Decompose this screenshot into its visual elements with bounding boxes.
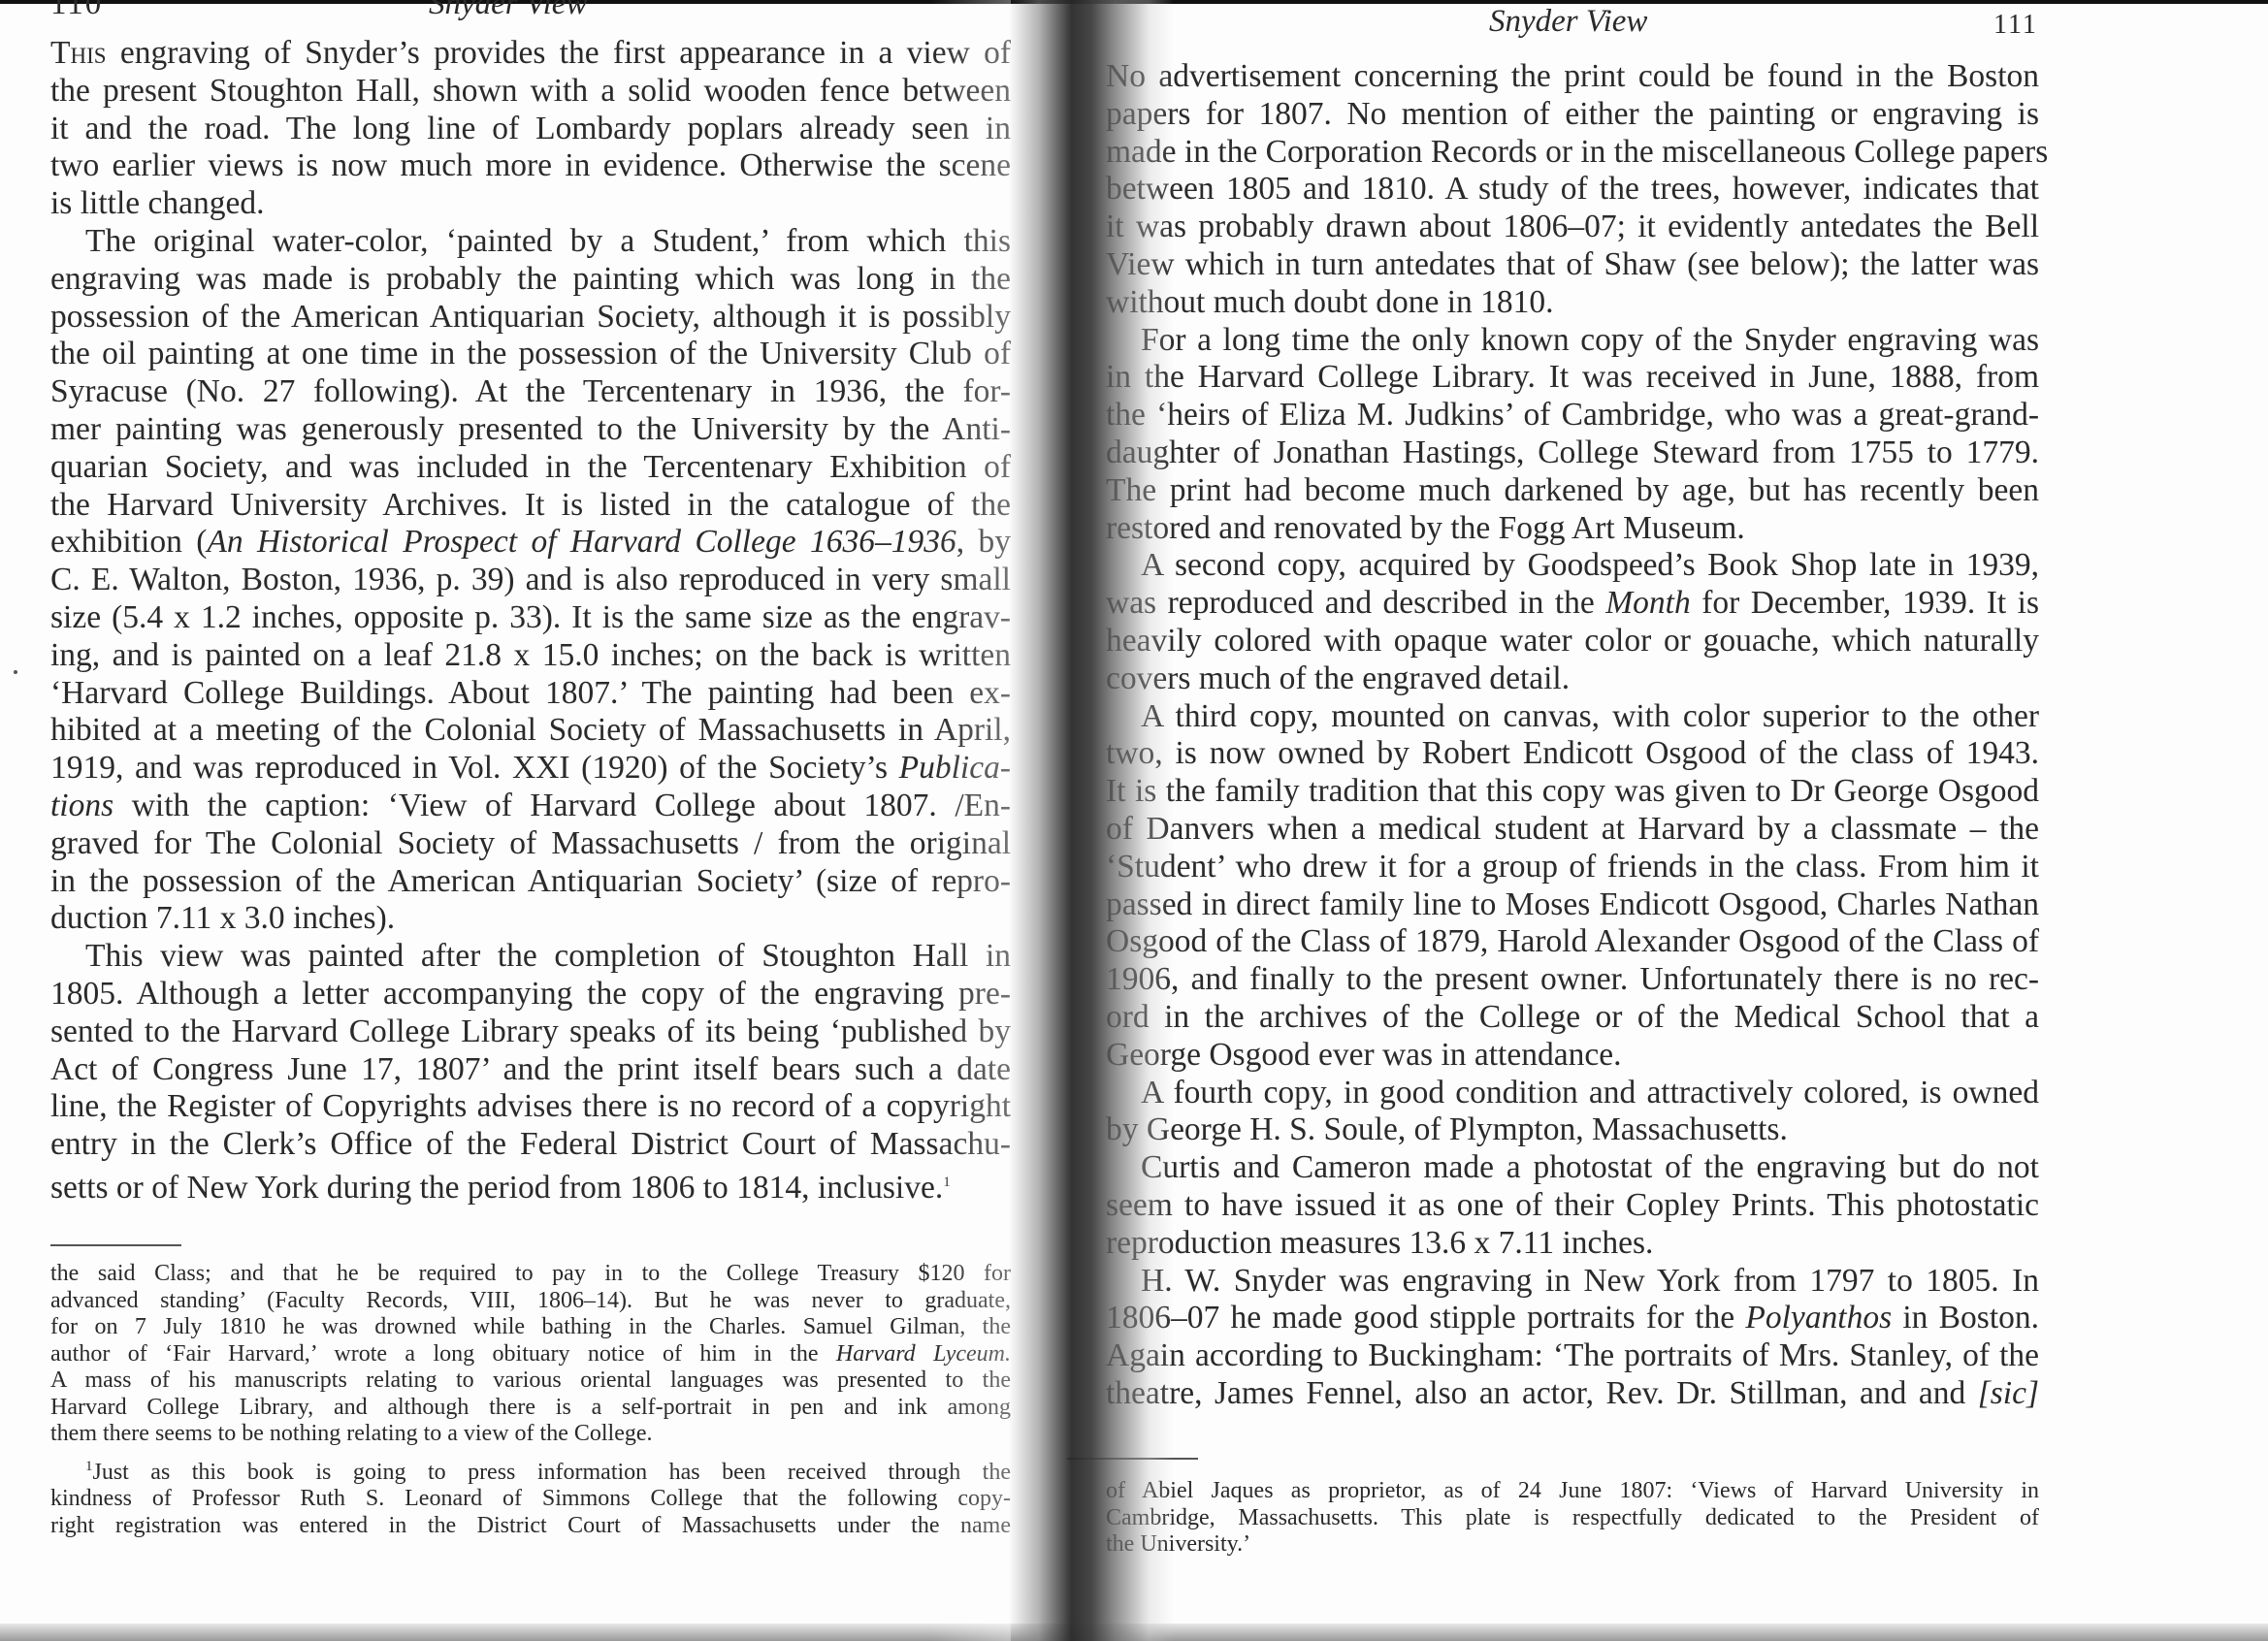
footnote-ref: 1 [943,1174,951,1190]
text-line: of Danvers when a medical student at Har… [1106,811,2039,849]
line-text: the said Class; and that he be required … [50,1261,1011,1286]
line-text: It is the family tradition that this cop… [1106,773,2039,809]
footnote-line: them there seems to be nothing relating … [50,1421,1011,1448]
line-text: the ‘heirs of Eliza M. Judkins’ of Cambr… [1106,397,2039,433]
footnote-line: kindness of Professor Ruth S. Leonard of… [50,1486,1011,1513]
text-line: Curtis and Cameron made a photostat of t… [1106,1149,2039,1187]
text-line: The original water-color, ‘painted by a … [50,223,1011,261]
footnote-line: Cambridge, Massachusetts. This plate is … [1106,1505,2039,1532]
text-line: without much doubt done in 1810. [1106,284,2039,322]
line-text: seem to have issued it as one of their C… [1106,1187,2039,1223]
line-text: by George H. S. Soule, of Plympton, Mass… [1106,1111,1788,1147]
text-line: Syracuse (No. 27 following). At the Terc… [50,373,1011,411]
text-line: hibited at a meeting of the Colonial Soc… [50,712,1011,750]
line-text: reproduction measures 13.6 x 7.11 inches… [1106,1225,1653,1261]
text-line: it and the road. The long line of Lombar… [50,111,1011,148]
publications-italic: tions [50,788,113,823]
text-line: 1919, and was reproduced in Vol. XXI (19… [50,750,1011,788]
line-text: George Osgood ever was in attendance. [1106,1037,1621,1073]
text-line: sented to the Harvard College Library sp… [50,1014,1011,1051]
left-footnotes: the said Class; and that he be required … [50,1261,1011,1539]
line-text: 1806–07 he made good stipple portraits f… [1106,1300,1745,1335]
text-line: the Harvard University Archives. It is l… [50,487,1011,525]
line-text: , by [956,524,1011,560]
line-text: advanced standing’ (Faculty Records, VII… [50,1288,1011,1313]
text-line: ‘Student’ who drew it for a group of fri… [1106,849,2039,886]
footnote-line: A mass of his manuscripts relating to va… [50,1367,1011,1395]
footnote-line: advanced standing’ (Faculty Records, VII… [50,1288,1011,1315]
footnote-rule-left [50,1244,181,1246]
footnote-rule-right [1067,1458,1198,1460]
text-line: two, is now owned by Robert Endicott Osg… [1106,735,2039,773]
scan-speck [14,670,17,674]
line-text: engraving of Snyder’s provides the first… [107,35,1011,71]
line-text: passed in direct family line to Moses En… [1106,886,2039,922]
catalogue-title: An Historical Prospect of Harvard Colleg… [207,524,956,560]
right-page: Snyder View 111 No advertisement concern… [1106,0,2039,1641]
line-text: kindness of Professor Ruth S. Leonard of… [50,1486,1011,1511]
text-line: entry in the Clerk’s Office of the Feder… [50,1126,1011,1164]
line-text: A mass of his manuscripts relating to va… [50,1367,1011,1393]
text-line: A fourth copy, in good condition and att… [1106,1075,2039,1112]
text-line: Act of Congress June 17, 1807’ and the p… [50,1051,1011,1089]
line-text: it was probably drawn about 1806–07; it … [1106,209,2039,244]
line-text: heavily colored with opaque water color … [1106,623,2039,659]
italic-title: Month [1605,585,1690,621]
text-line: daughter of Jonathan Hastings, College S… [1106,434,2039,472]
line-text: right registration was entered in the Di… [50,1513,1011,1538]
line-text: with the caption: ‘View of Harvard Colle… [113,788,1011,823]
text-line: mer painting was generously presented to… [50,411,1011,449]
line-text: in Boston. [1892,1300,2039,1335]
line-text: Harvard College Library, and although th… [50,1395,1011,1420]
line-text: in the Harvard College Library. It was r… [1106,359,2039,395]
footnote-line: the University.’ [1106,1531,2039,1559]
text-line: between 1805 and 1810. A study of the tr… [1106,171,2039,209]
text-line: is little changed. [50,185,1011,223]
text-line: No advertisement concerning the print co… [1106,58,2039,96]
text-line: theatre, James Fennel, also an actor, Re… [1106,1375,2039,1413]
text-line: A third copy, mounted on canvas, with co… [1106,698,2039,736]
footnote-line: author of ‘Fair Harvard,’ wrote a long o… [50,1341,1011,1368]
line-text: for December, 1939. It is [1691,585,2039,621]
text-line: For a long time the only known copy of t… [1106,322,2039,360]
text-line: the oil painting at one time in the poss… [50,336,1011,373]
left-body-text: This engraving of Snyder’s provides the … [50,35,1011,1207]
footnote-line: 1Just as this book is going to press inf… [50,1454,1011,1487]
line-text: without much doubt done in 1810. [1106,284,1554,320]
text-line: in the possession of the American Antiqu… [50,863,1011,901]
line-text: 1906, and finally to the present owner. … [1106,961,2039,997]
text-line: the present Stoughton Hall, shown with a… [50,73,1011,111]
text-line: This engraving of Snyder’s provides the … [50,35,1011,73]
line-text: Again according to Buckingham: ‘The port… [1106,1337,2039,1373]
text-line: View which in turn antedates that of Sha… [1106,246,2039,284]
text-line: reproduction measures 13.6 x 7.11 inches… [1106,1225,2039,1263]
line-text: Just as this book is going to press info… [93,1460,1012,1485]
scan-bottom-edge [0,1624,2268,1641]
footnote-marker: 1 [85,1459,93,1474]
italic-title: [sic] [1978,1375,2039,1411]
text-line: C. E. Walton, Boston, 1936, p. 39) and i… [50,562,1011,599]
text-line: papers for 1807. No mention of either th… [1106,96,2039,134]
line-text: H. W. Snyder was engraving in New York f… [1141,1263,2039,1299]
line-text: setts or of New York during the period f… [50,1170,943,1206]
text-line: passed in direct family line to Moses En… [1106,886,2039,924]
text-line: The print had become much darkened by ag… [1106,472,2039,510]
right-footnotes: of Abiel Jaques as proprietor, as of 24 … [1106,1478,2039,1559]
text-line: A second copy, acquired by Goodspeed’s B… [1106,547,2039,585]
line-text: No advertisement concerning the print co… [1106,58,2039,94]
line-text: daughter of Jonathan Hastings, College S… [1106,434,2039,470]
line-text: ord in the archives of the College or of… [1106,999,2039,1035]
line-text: theatre, James Fennel, also an actor, Re… [1106,1375,1978,1411]
text-line: graved for The Colonial Society of Massa… [50,825,1011,863]
text-line: exhibition (An Historical Prospect of Ha… [50,524,1011,562]
text-line: This view was painted after the completi… [50,938,1011,976]
line-text: A third copy, mounted on canvas, with co… [1141,698,2039,734]
line-text: A fourth copy, in good condition and att… [1141,1075,2039,1110]
text-line: H. W. Snyder was engraving in New York f… [1106,1263,2039,1301]
line-text: two, is now owned by Robert Endicott Osg… [1106,735,2039,771]
text-line: two earlier views is now much more in ev… [50,147,1011,185]
text-line: It is the family tradition that this cop… [1106,773,2039,811]
line-text: ‘Student’ who drew it for a group of fri… [1106,849,2039,885]
text-line: was reproduced and described in the Mont… [1106,585,2039,623]
text-line: covers much of the engraved detail. [1106,660,2039,698]
text-line: duction 7.11 x 3.0 inches). [50,900,1011,938]
line-text: covers much of the engraved detail. [1106,660,1570,696]
text-line: Osgood of the Class of 1879, Harold Alex… [1106,923,2039,961]
text-line: 1806–07 he made good stipple portraits f… [1106,1300,2039,1337]
line-text: View which in turn antedates that of Sha… [1106,246,2039,282]
text-line: tions with the caption: ‘View of Harvard… [50,788,1011,825]
line-text: A second copy, acquired by Goodspeed’s B… [1141,547,2039,583]
lyceum-italic: Harvard Lyceum. [836,1341,1011,1367]
text-line: seem to have issued it as one of their C… [1106,1187,2039,1225]
footnote-line: right registration was entered in the Di… [50,1513,1011,1540]
text-line: size (5.4 x 1.2 inches, opposite p. 33).… [50,599,1011,637]
line-text: papers for 1807. No mention of either th… [1106,96,2039,132]
right-body-text: No advertisement concerning the print co… [1106,58,2039,1413]
publications-italic: Publica- [899,750,1011,786]
text-line: George Osgood ever was in attendance. [1106,1037,2039,1075]
text-line: ‘Harvard College Buildings. About 1807.’… [50,675,1011,713]
page-number-right: 111 [1993,10,2038,41]
text-line: ord in the archives of the College or of… [1106,999,2039,1037]
footnote-line: Harvard College Library, and although th… [50,1395,1011,1422]
text-line: possession of the American Antiquarian S… [50,299,1011,337]
text-line: made in the Corporation Records or in th… [1106,134,2039,172]
drop-smallcaps: This [50,35,107,71]
line-text: of Danvers when a medical student at Har… [1106,811,2039,847]
line-text: For a long time the only known copy of t… [1141,322,2039,358]
text-line: 1906, and finally to the present owner. … [1106,961,2039,999]
line-text: exhibition ( [50,524,207,560]
text-line: in the Harvard College Library. It was r… [1106,359,2039,397]
line-text: Curtis and Cameron made a photostat of t… [1141,1149,2039,1185]
text-line: engraving was made is probably the paint… [50,261,1011,299]
text-line: line, the Register of Copyrights advises… [50,1088,1011,1126]
line-text: made in the Corporation Records or in th… [1106,134,2048,170]
line-text: restored and renovated by the Fogg Art M… [1106,510,1745,546]
italic-title: Polyanthos [1745,1300,1892,1335]
text-line: the ‘heirs of Eliza M. Judkins’ of Cambr… [1106,397,2039,434]
line-text: between 1805 and 1810. A study of the tr… [1106,171,2039,207]
line-text: them there seems to be nothing relating … [50,1421,653,1446]
text-line: it was probably drawn about 1806–07; it … [1106,209,2039,246]
line-text: was reproduced and described in the [1106,585,1605,621]
line-text: 1919, and was reproduced in Vol. XXI (19… [50,750,899,786]
text-line: 1805. Although a letter accompanying the… [50,976,1011,1014]
line-text: for on 7 July 1810 he was drowned while … [50,1314,1011,1339]
text-line: Again according to Buckingham: ‘The port… [1106,1337,2039,1375]
text-line: heavily colored with opaque water color … [1106,623,2039,660]
line-text: Osgood of the Class of 1879, Harold Alex… [1106,923,2039,959]
running-head-left: Snyder View [429,0,587,16]
footnote-line: of Abiel Jaques as proprietor, as of 24 … [1106,1478,2039,1505]
footnote-line: for on 7 July 1810 he was drowned while … [50,1314,1011,1341]
text-line: ing, and is painted on a leaf 21.8 x 15.… [50,637,1011,675]
text-line: restored and renovated by the Fogg Art M… [1106,510,2039,548]
left-page: 110 Snyder View This engraving of Snyder… [50,0,1011,1641]
line-text: The print had become much darkened by ag… [1106,472,2039,508]
footnote-line: the said Class; and that he be required … [50,1261,1011,1288]
text-line: by George H. S. Soule, of Plympton, Mass… [1106,1111,2039,1149]
running-head-right: Snyder View [1489,4,1647,33]
text-line: quarian Society, and was included in the… [50,449,1011,487]
page-number-left: 110 [50,0,103,22]
text-line: setts or of New York during the period f… [50,1164,1011,1207]
line-text: author of ‘Fair Harvard,’ wrote a long o… [50,1341,836,1367]
